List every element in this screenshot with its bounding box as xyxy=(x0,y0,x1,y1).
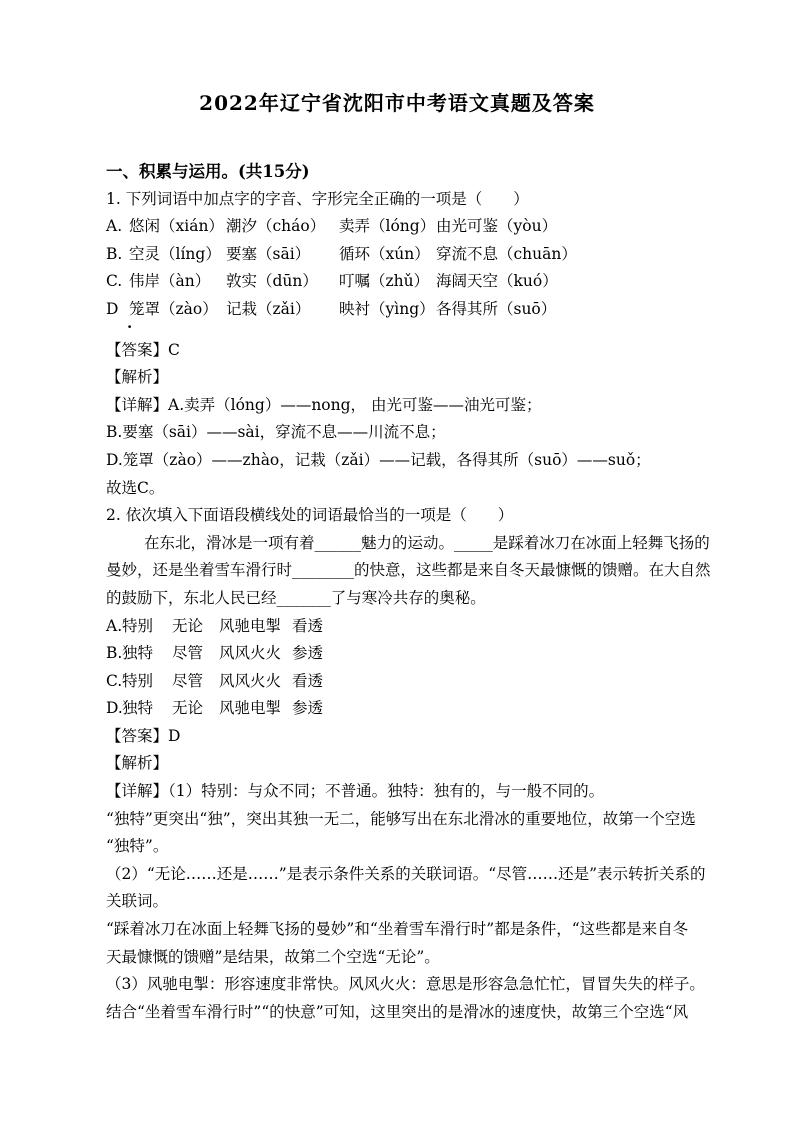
q2-detail-line: “独特”。 xyxy=(106,833,758,861)
q2-option-d-item-3: 风驰电掣 xyxy=(219,695,292,723)
q2-option-a: A.特别无论风驰电掣看透 xyxy=(106,613,758,641)
q2-detail-line: 结合“坐着雪车滑行时”“的快意”可知，这里突出的是滑冰的速度快，故第三个空选“风 xyxy=(106,999,758,1027)
q1-option-d-item-2: 记栽（zǎi） xyxy=(226,296,339,324)
q2-detail-line: 【详解】（1）特别：与众不同；不普通。独特：独有的，与一般不同的。 xyxy=(106,778,758,806)
emphasis-dot-mark: · xyxy=(106,324,758,337)
q1-detail-line: D.笼罩（zào）——zhào，记栽（zǎi）——记载，各得其所（suō）——s… xyxy=(106,447,758,475)
exam-document-page: 2022年辽宁省沈阳市中考语文真题及答案 一、积累与运用。(共15分) 1. 下… xyxy=(0,0,794,1123)
q2-option-a-item-4: 看透 xyxy=(292,617,323,635)
q1-option-c-item-1: 伟岸（àn） xyxy=(129,268,226,296)
q2-analysis-label: 【解析】 xyxy=(106,750,758,778)
q1-option-b-item-4: 穿流不息（chuān） xyxy=(436,245,577,263)
q2-option-a-item-1: 特别 xyxy=(122,613,172,641)
q2-option-b-item-2: 尽管 xyxy=(172,640,219,668)
q1-analysis-label: 【解析】 xyxy=(106,364,758,392)
q1-option-c-item-4: 海阔天空（kuó） xyxy=(436,272,558,290)
q2-option-d: D.独特无论风驰电掣参透 xyxy=(106,695,758,723)
q1-option-b-item-2: 要塞（sāi） xyxy=(226,241,339,269)
q2-answer: 【答案】D xyxy=(106,723,758,751)
q2-option-c-item-3: 风风火火 xyxy=(219,668,292,696)
q2-option-a-label: A. xyxy=(106,613,122,641)
q1-detail-line: B.要塞（sāi）——sài，穿流不息——川流不息； xyxy=(106,419,758,447)
q1-option-b-label: B. xyxy=(106,241,129,269)
q1-option-a-item-2: 潮汐（cháo） xyxy=(226,213,339,241)
q2-detail-line: “独特”更突出“独”，突出其独一无二，能够写出在东北滑冰的重要地位，故第一个空选 xyxy=(106,806,758,834)
q2-stem: 2. 依次填入下面语段横线处的词语最恰当的一项是（ ） xyxy=(106,502,758,530)
q2-option-c-item-1: 特别 xyxy=(122,668,172,696)
q1-option-c-item-3: 叮嘱（zhǔ） xyxy=(339,268,436,296)
q2-detail-line: （3）风驰电掣：形容速度非常快。风风火火：意思是形容急急忙忙，冒冒失失的样子。 xyxy=(106,971,758,999)
q1-option-a-item-1: 悠闲（xián） xyxy=(129,213,226,241)
q1-option-c: C.伟岸（àn）敦实（dūn）叮嘱（zhǔ）海阔天空（kuó） xyxy=(106,268,758,296)
q2-option-d-item-1: 独特 xyxy=(122,695,172,723)
q2-option-c-label: C. xyxy=(106,668,122,696)
q1-option-a-label: A. xyxy=(106,213,129,241)
q1-detail-line: 【详解】A.卖弄（lóng）——nong， 由光可鉴——油光可鉴； xyxy=(106,392,758,420)
q2-option-a-item-2: 无论 xyxy=(172,613,219,641)
q1-option-d-label: D xyxy=(106,296,129,324)
page-title: 2022年辽宁省沈阳市中考语文真题及答案 xyxy=(0,0,794,116)
q2-passage-line: 曼妙，还是坐着雪车滑行时________的快意，这些都是来自冬天最慷慨的馈赠。在… xyxy=(106,557,758,585)
q2-detail-line: （2）“无论……还是……”是表示条件关系的关联词语。“尽管……还是”表示转折关系… xyxy=(106,861,758,889)
q1-option-a-item-4: 由光可鉴（yòu） xyxy=(436,217,557,235)
q1-option-a: A.悠闲（xián）潮汐（cháo）卖弄（lóng）由光可鉴（yòu） xyxy=(106,213,758,241)
q2-option-b: B.独特尽管风风火火参透 xyxy=(106,640,758,668)
q2-option-b-item-3: 风风火火 xyxy=(219,640,292,668)
section-heading: 一、积累与运用。(共15分) xyxy=(106,158,758,186)
q2-option-b-label: B. xyxy=(106,640,122,668)
q1-option-c-label: C. xyxy=(106,268,129,296)
q2-option-d-label: D. xyxy=(106,695,122,723)
q2-passage-line: 在东北，滑冰是一项有着______魅力的运动。_____是踩着冰刀在冰面上轻舞飞… xyxy=(106,530,758,558)
q2-option-b-item-1: 独特 xyxy=(122,640,172,668)
q2-option-c: C.特别尽管风风火火看透 xyxy=(106,668,758,696)
q1-option-b: B.空灵（líng）要塞（sāi）循环（xún）穿流不息（chuān） xyxy=(106,241,758,269)
q2-option-d-item-2: 无论 xyxy=(172,695,219,723)
q2-detail-line: 天最慷慨的馈赠”是结果，故第二个空选“无论”。 xyxy=(106,944,758,972)
q2-detail-line: 关联词。 xyxy=(106,888,758,916)
q2-detail-line: “踩着冰刀在冰面上轻舞飞扬的曼妙”和“坐着雪车滑行时”都是条件，“这些都是来自冬 xyxy=(106,916,758,944)
q2-option-a-item-3: 风驰电掣 xyxy=(219,613,292,641)
q1-option-b-item-3: 循环（xún） xyxy=(339,241,436,269)
q1-option-b-item-1: 空灵（líng） xyxy=(129,241,226,269)
q2-option-c-item-4: 看透 xyxy=(292,672,323,690)
q1-option-c-item-2: 敦实（dūn） xyxy=(226,268,339,296)
q2-option-c-item-2: 尽管 xyxy=(172,668,219,696)
q1-option-d-item-4: 各得其所（suō） xyxy=(436,300,556,318)
document-body: 一、积累与运用。(共15分) 1. 下列词语中加点字的字音、字形完全正确的一项是… xyxy=(106,158,758,1026)
q1-option-d-item-3: 映衬（yìng） xyxy=(339,296,436,324)
q1-detail-line: 故选C。 xyxy=(106,475,758,503)
q1-option-d-item-1: 笼罩（zào） xyxy=(129,296,226,324)
q2-option-b-item-4: 参透 xyxy=(292,644,323,662)
q1-stem: 1. 下列词语中加点字的字音、字形完全正确的一项是（ ） xyxy=(106,186,758,214)
q2-option-d-item-4: 参透 xyxy=(292,699,323,717)
q1-option-d: D笼罩（zào）记栽（zǎi）映衬（yìng）各得其所（suō） xyxy=(106,296,758,324)
q2-passage-line: 的鼓励下，东北人民已经_______了与寒冷共存的奥秘。 xyxy=(106,585,758,613)
q1-answer: 【答案】C xyxy=(106,337,758,365)
q1-option-a-item-3: 卖弄（lóng） xyxy=(339,213,436,241)
